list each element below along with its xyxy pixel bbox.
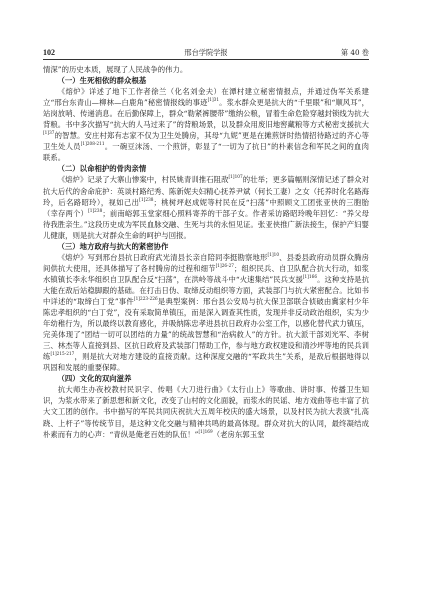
- citation-marker: [1]238: [88, 208, 102, 213]
- opening-fragment: 情深”的历史本质，展现了人民战争的伟力。: [43, 64, 369, 75]
- citation-marker: [1]166: [303, 274, 317, 279]
- section-heading: （二）以命相护的骨肉亲情: [43, 163, 369, 174]
- citation-marker: [1]208-211: [81, 141, 105, 146]
- citation-marker: [1]26-27: [216, 263, 234, 268]
- section-heading: （四）文化的双向滋养: [43, 373, 369, 384]
- citation-marker: [1]31: [208, 97, 220, 102]
- body-paragraph: 抗大师生办夜校教村民识字、传唱《大刀进行曲》《太行山上》等歌曲、讲时事、传播卫生…: [43, 384, 369, 439]
- citation-marker: [1]223-226: [134, 296, 158, 301]
- body-paragraph: 《熔炉》记录了大寨山惨案中，村民姚青训推石阻敌[1]107的壮举；更多篇幅则深情…: [43, 174, 369, 240]
- article-body: 情深”的历史本质，展现了人民战争的伟力。 （一）生死相依的群众根基《熔炉》详述了…: [43, 64, 369, 440]
- section-heading: （三）地方政府与抗大的紧密协作: [43, 241, 369, 252]
- body-paragraph: 《熔炉》详述了地下工作者徐兰（化名刘金夫）在潭村建立秘密情报点，并通过伪军关系建…: [43, 86, 369, 163]
- citation-marker: [1]215-217: [51, 351, 75, 356]
- header-rule: [43, 59, 369, 60]
- volume-label: 第 40 卷: [341, 47, 369, 59]
- journal-name: 邢台学院学报: [43, 47, 369, 59]
- section-heading: （一）生死相依的群众根基: [43, 75, 369, 86]
- citation-marker: [1]238: [139, 197, 153, 202]
- citation-marker: [1]10: [268, 252, 280, 257]
- body-paragraph: 《熔炉》写到邢台县抗日政府武光清县长亲自陪同李挺勘察地形[1]10、县委县政府动…: [43, 252, 369, 374]
- citation-marker: [1]107: [229, 174, 243, 179]
- running-header: 102 邢台学院学报 第 40 卷: [43, 47, 369, 59]
- citation-marker: [1]169: [198, 429, 212, 434]
- citation-marker: [1]37: [43, 130, 55, 135]
